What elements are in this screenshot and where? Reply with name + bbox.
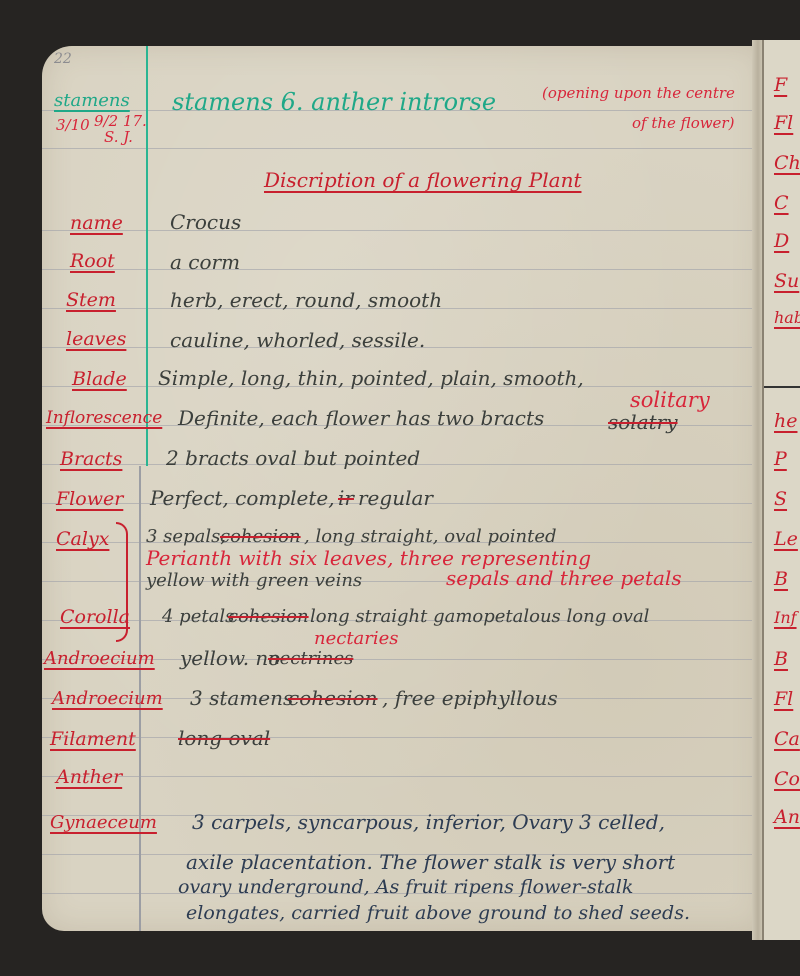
value-root: a corm bbox=[170, 252, 240, 272]
ruled-line bbox=[42, 230, 762, 231]
ruled-line bbox=[42, 148, 762, 149]
value-corolla-after: long straight gamopetalous long oval bbox=[310, 608, 649, 626]
facing-label: F bbox=[774, 76, 787, 95]
gynaeceum-continued: ovary underground, As fruit ripens flowe… bbox=[178, 878, 633, 897]
facing-label: Le bbox=[774, 530, 798, 549]
gynaeceum-continued: axile placentation. The flower stalk is … bbox=[186, 852, 675, 872]
value-leaves: cauline, whorled, sessile. bbox=[170, 330, 425, 350]
facing-label: C bbox=[774, 194, 789, 213]
struck-text: solatry bbox=[608, 412, 678, 432]
label-filament: Filament bbox=[50, 730, 136, 749]
divider bbox=[764, 386, 800, 388]
value-perianth: yellow with green veins bbox=[146, 572, 362, 590]
struck-text: cohesion bbox=[288, 688, 378, 708]
facing-label: D bbox=[774, 232, 789, 251]
ruled-line bbox=[42, 776, 762, 777]
label-flower: Flower bbox=[56, 490, 123, 509]
facing-label: Su bbox=[774, 272, 799, 291]
label-bracts: Bracts bbox=[60, 450, 122, 469]
correction-text: Perianth with six leaves, three represen… bbox=[146, 548, 591, 568]
header-annotation: (opening upon the centre bbox=[542, 86, 735, 101]
facing-label: An bbox=[774, 808, 800, 827]
value-corolla: 4 petals bbox=[162, 608, 234, 626]
facing-label: Fl bbox=[774, 690, 793, 709]
label-anther: Anther bbox=[56, 768, 122, 787]
value-inflorescence: Definite, each flower has two bracts bbox=[178, 408, 544, 428]
value-flower: Perfect, complete, bbox=[150, 488, 335, 508]
notebook-page: 22 stamens 3/10 9/2 17. S. J. stamens 6.… bbox=[42, 46, 762, 931]
value-name: Crocus bbox=[170, 212, 241, 232]
facing-label: B bbox=[774, 650, 788, 669]
header-note: stamens 6. anther introrse bbox=[172, 90, 496, 114]
label-androecium-2: Androecium bbox=[52, 690, 163, 708]
correction-text: sepals and three petals bbox=[446, 568, 682, 588]
label-inflorescence: Inflorescence bbox=[46, 410, 162, 427]
value-blade: Simple, long, thin, pointed, plain, smoo… bbox=[158, 368, 584, 388]
facing-label: he bbox=[774, 412, 797, 431]
label-name: name bbox=[70, 214, 123, 233]
page-number: 22 bbox=[54, 52, 72, 66]
date-fraction: 3/10 bbox=[56, 118, 90, 133]
gynaeceum-continued: elongates, carried fruit above ground to… bbox=[186, 904, 690, 923]
facing-label: Inf bbox=[774, 610, 797, 626]
correction-text: solitary bbox=[630, 390, 710, 411]
facing-label: P bbox=[774, 450, 787, 469]
facing-label: Fl bbox=[774, 114, 793, 133]
facing-label: B bbox=[774, 570, 788, 589]
header-annotation: of the flower) bbox=[632, 116, 734, 131]
facing-label: hab bbox=[774, 310, 800, 326]
label-leaves: leaves bbox=[66, 330, 126, 349]
struck-text: cohesion bbox=[228, 608, 309, 626]
initials: S. J. bbox=[104, 130, 133, 145]
label-root: Root bbox=[70, 252, 115, 271]
label-stem: Stem bbox=[66, 291, 116, 310]
label-blade: Blade bbox=[72, 370, 127, 389]
value-calyx-after: , long straight, oval pointed bbox=[304, 528, 557, 546]
facing-label: Co bbox=[774, 770, 800, 789]
facing-label: Ch bbox=[774, 154, 800, 173]
margin-line bbox=[146, 46, 148, 466]
date: 9/2 17. bbox=[94, 114, 147, 129]
label-calyx: Calyx bbox=[56, 530, 109, 549]
ruled-line bbox=[42, 269, 762, 270]
label-gynaeceum: Gynaeceum bbox=[50, 814, 157, 832]
value-androecium: yellow. no bbox=[180, 648, 280, 668]
correction-text: nectaries bbox=[314, 630, 399, 648]
struck-text: cohesion bbox=[220, 528, 301, 546]
value-flower-after: regular bbox=[358, 488, 433, 508]
value-bracts: 2 bracts oval but pointed bbox=[166, 448, 420, 468]
struck-text: ir bbox=[338, 488, 354, 508]
value-stem: herb, erect, round, smooth bbox=[170, 290, 442, 310]
value-gynaeceum: 3 carpels, syncarpous, inferior, Ovary 3… bbox=[192, 812, 665, 832]
label-androecium: Androecium bbox=[44, 650, 155, 668]
ruled-line bbox=[42, 737, 762, 738]
page-title: Discription of a flowering Plant bbox=[264, 170, 581, 190]
facing-label: Ca bbox=[774, 730, 800, 749]
value-androecium-2-after: , free epiphyllous bbox=[382, 688, 558, 708]
label-corolla: Corolla bbox=[60, 608, 130, 627]
facing-label: S bbox=[774, 490, 787, 509]
struck-text: nectrines bbox=[268, 650, 353, 668]
header-label: stamens bbox=[54, 92, 130, 110]
value-calyx: 3 sepals, bbox=[146, 528, 226, 546]
struck-text: long oval bbox=[178, 728, 270, 748]
value-androecium-2: 3 stamens bbox=[190, 688, 293, 708]
facing-page: F Fl Ch C D Su hab he P S Le B Inf B Fl … bbox=[762, 40, 800, 940]
